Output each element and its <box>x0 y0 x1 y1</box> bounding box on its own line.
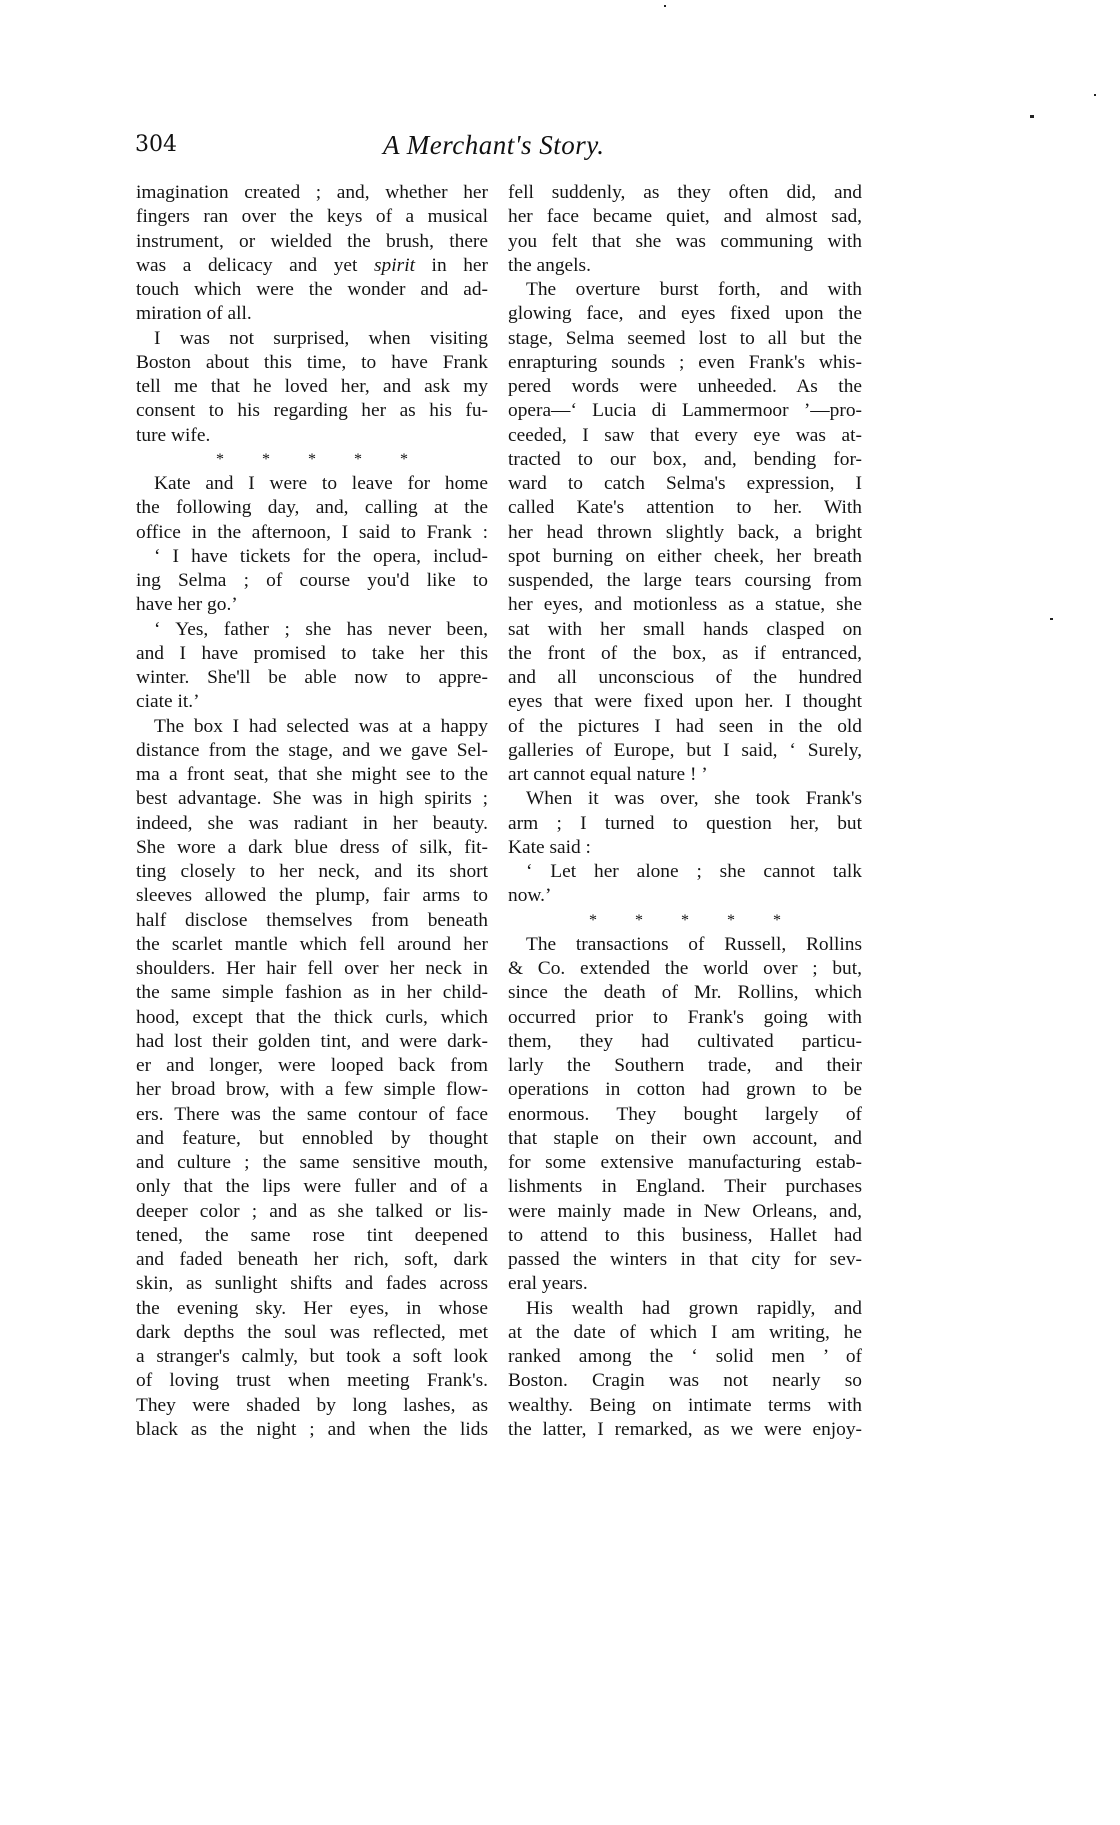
text-line: eyes that were fixed upon her. I thought <box>508 690 862 714</box>
text-line: lishments in England. Their purchases <box>508 1175 862 1199</box>
text-line: arm ; I turned to question her, but <box>508 812 862 836</box>
scan-speck <box>1094 94 1096 96</box>
text-line: of the pictures I had seen in the old <box>508 715 862 739</box>
text-line: half disclose themselves from beneath <box>136 909 488 933</box>
text-line: & Co. extended the world over ; but, <box>508 957 862 981</box>
text-line: and faded beneath her rich, soft, dark <box>136 1248 488 1272</box>
text-line: I was not surprised, when visiting <box>136 327 488 351</box>
section-break: * * * * * <box>136 448 488 472</box>
text-line: of loving trust when meeting Frank's. <box>136 1369 488 1393</box>
text-line: her head thrown slightly back, a bright <box>508 521 862 545</box>
text-line: the scarlet mantle which fell around her <box>136 933 488 957</box>
text-line: When it was over, she took Frank's <box>508 787 862 811</box>
text-line: touch which were the wonder and ad- <box>136 278 488 302</box>
text-line: fingers ran over the keys of a musical <box>136 205 488 229</box>
text-line: a stranger's calmly, but took a soft loo… <box>136 1345 488 1369</box>
text-line: She wore a dark blue dress of silk, fit- <box>136 836 488 860</box>
right-column: fell suddenly, as they often did, andher… <box>508 181 862 1442</box>
text-line: ciate it.’ <box>136 690 488 714</box>
running-head: 304 A Merchant's Story. <box>135 132 862 168</box>
text-line: Boston about this time, to have Frank <box>136 351 488 375</box>
text-line: ing Selma ; of course you'd like to <box>136 569 488 593</box>
text-line: the following day, and, calling at the <box>136 496 488 520</box>
text-line: consent to his regarding her as his fu- <box>136 399 488 423</box>
text-line: and culture ; the same sensitive mouth, <box>136 1151 488 1175</box>
text-line: were mainly made in New Orleans, and, <box>508 1200 862 1224</box>
text-line: the latter, I remarked, as we were enjoy… <box>508 1418 862 1442</box>
text-line: the angels. <box>508 254 862 278</box>
text-line: dark depths the soul was reflected, met <box>136 1321 488 1345</box>
text-line: called Kate's attention to her. With <box>508 496 862 520</box>
text-line: was a delicacy and yet spirit in her <box>136 254 488 278</box>
text-line: distance from the stage, and we gave Sel… <box>136 739 488 763</box>
text-line: her eyes, and motionless as a statue, sh… <box>508 593 862 617</box>
text-line: imagination created ; and, whether her <box>136 181 488 205</box>
text-line: them, they had cultivated particu- <box>508 1030 862 1054</box>
text-line: that staple on their own account, and <box>508 1127 862 1151</box>
text-line: since the death of Mr. Rollins, which <box>508 981 862 1005</box>
text-line: ‘ I have tickets for the opera, includ- <box>136 545 488 569</box>
text-line: His wealth had grown rapidly, and <box>508 1297 862 1321</box>
text-line: and all unconscious of the hundred <box>508 666 862 690</box>
text-line: eral years. <box>508 1272 862 1296</box>
scan-speck <box>1050 618 1053 620</box>
text-line: tracted to our box, and, bending for- <box>508 448 862 472</box>
text-line: and feature, but ennobled by thought <box>136 1127 488 1151</box>
text-line: ture wife. <box>136 424 488 448</box>
text-line: the front of the box, as if entranced, <box>508 642 862 666</box>
scan-speck <box>1030 115 1034 118</box>
text-line: tened, the same rose tint deepened <box>136 1224 488 1248</box>
text-line: The overture burst forth, and with <box>508 278 862 302</box>
text-line: sat with her small hands clasped on <box>508 618 862 642</box>
text-line: deeper color ; and as she talked or lis- <box>136 1200 488 1224</box>
text-line: The transactions of Russell, Rollins <box>508 933 862 957</box>
text-line: the evening sky. Her eyes, in whose <box>136 1297 488 1321</box>
text-line: now.’ <box>508 884 862 908</box>
text-line: Boston. Cragin was not nearly so <box>508 1369 862 1393</box>
text-line: you felt that she was communing with <box>508 230 862 254</box>
text-line: tell me that he loved her, and ask my <box>136 375 488 399</box>
text-line: ceeded, I saw that every eye was at- <box>508 424 862 448</box>
text-line: operations in cotton had grown to be <box>508 1078 862 1102</box>
text-line: glowing face, and eyes fixed upon the <box>508 302 862 326</box>
text-line: Kate said : <box>508 836 862 860</box>
text-line: ting closely to her neck, and its short <box>136 860 488 884</box>
text-line: only that the lips were fuller and of a <box>136 1175 488 1199</box>
text-line: Kate and I were to leave for home <box>136 472 488 496</box>
text-line: enrapturing sounds ; even Frank's whis- <box>508 351 862 375</box>
text-line: occurred prior to Frank's going with <box>508 1006 862 1030</box>
text-line: miration of all. <box>136 302 488 326</box>
section-break: * * * * * <box>508 909 862 933</box>
text-line: spot burning on either cheek, her breath <box>508 545 862 569</box>
text-line: They were shaded by long lashes, as <box>136 1394 488 1418</box>
text-line: er and longer, were looped back from <box>136 1054 488 1078</box>
book-page: 304 A Merchant's Story. imagination crea… <box>0 0 1120 1825</box>
text-line: larly the Southern trade, and their <box>508 1054 862 1078</box>
text-line: her face became quiet, and almost sad, <box>508 205 862 229</box>
text-line: sleeves allowed the plump, fair arms to <box>136 884 488 908</box>
text-line: suspended, the large tears coursing from <box>508 569 862 593</box>
text-line: her broad brow, with a few simple flow- <box>136 1078 488 1102</box>
text-line: opera—‘ Lucia di Lammermoor ’—pro- <box>508 399 862 423</box>
text-line: pered words were unheeded. As the <box>508 375 862 399</box>
text-line: the same simple fashion as in her child- <box>136 981 488 1005</box>
text-line: best advantage. She was in high spirits … <box>136 787 488 811</box>
text-line: enormous. They bought largely of <box>508 1103 862 1127</box>
text-line: shoulders. Her hair fell over her neck i… <box>136 957 488 981</box>
text-line: ers. There was the same contour of face <box>136 1103 488 1127</box>
text-line: office in the afternoon, I said to Frank… <box>136 521 488 545</box>
text-line: passed the winters in that city for sev- <box>508 1248 862 1272</box>
page-number: 304 <box>135 132 177 157</box>
text-line: hood, except that the thick curls, which <box>136 1006 488 1030</box>
text-line: to attend to this business, Hallet had <box>508 1224 862 1248</box>
text-line: and I have promised to take her this <box>136 642 488 666</box>
text-line: had lost their golden tint, and were dar… <box>136 1030 488 1054</box>
text-line: winter. She'll be able now to appre- <box>136 666 488 690</box>
text-line: black as the night ; and when the lids <box>136 1418 488 1442</box>
text-line: art cannot equal nature ! ’ <box>508 763 862 787</box>
text-line: ward to catch Selma's expression, I <box>508 472 862 496</box>
left-column: imagination created ; and, whether herfi… <box>136 181 488 1442</box>
text-line: wealthy. Being on intimate terms with <box>508 1394 862 1418</box>
italic-emphasis: spirit <box>374 255 415 276</box>
text-line: ‘ Let her alone ; she cannot talk <box>508 860 862 884</box>
text-line: ranked among the ‘ solid men ’ of <box>508 1345 862 1369</box>
text-line: have her go.’ <box>136 593 488 617</box>
running-title: A Merchant's Story. <box>383 130 605 161</box>
text-line: at the date of which I am writing, he <box>508 1321 862 1345</box>
text-line: ‘ Yes, father ; she has never been, <box>136 618 488 642</box>
text-line: The box I had selected was at a happy <box>136 715 488 739</box>
text-line: instrument, or wielded the brush, there <box>136 230 488 254</box>
text-line: stage, Selma seemed lost to all but the <box>508 327 862 351</box>
text-line: galleries of Europe, but I said, ‘ Surel… <box>508 739 862 763</box>
text-line: indeed, she was radiant in her beauty. <box>136 812 488 836</box>
scan-speck <box>664 5 666 7</box>
text-line: skin, as sunlight shifts and fades acros… <box>136 1272 488 1296</box>
text-line: ma a front seat, that she might see to t… <box>136 763 488 787</box>
text-line: fell suddenly, as they often did, and <box>508 181 862 205</box>
text-line: for some extensive manufacturing estab- <box>508 1151 862 1175</box>
